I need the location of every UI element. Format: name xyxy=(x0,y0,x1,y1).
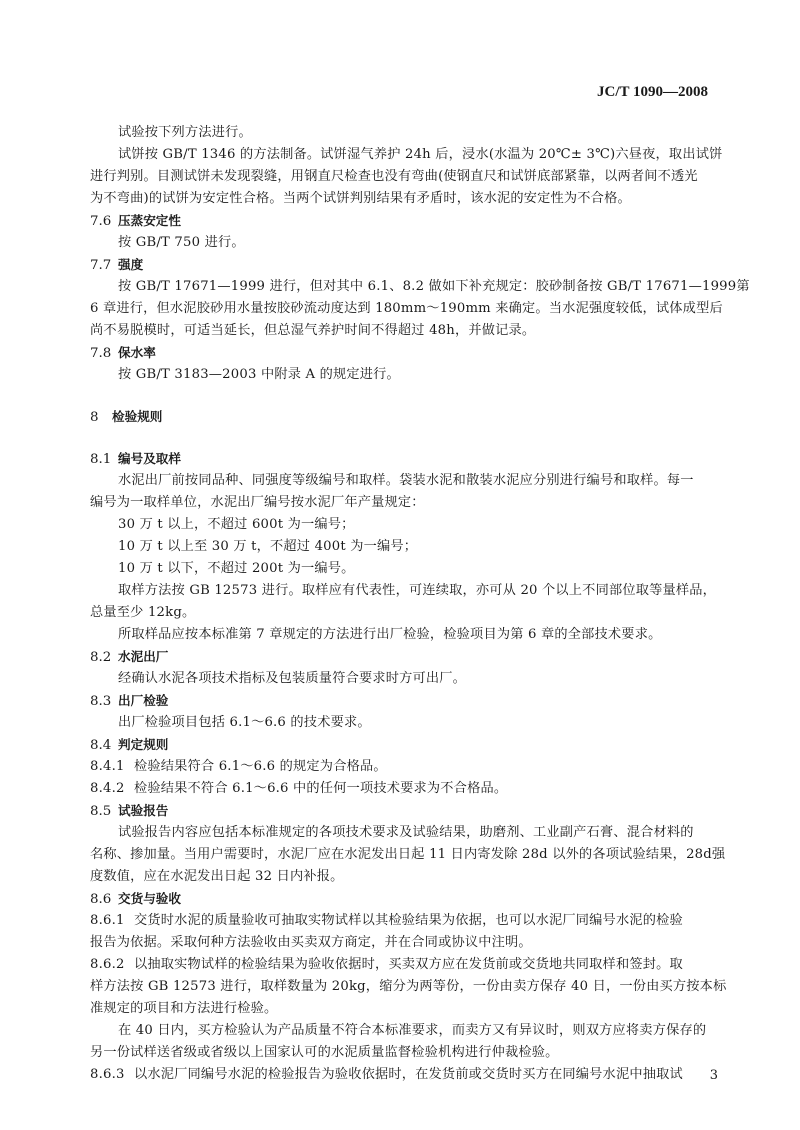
clause-8-4-2: 8.4.2检验结果不符合 6.1～6.6 中的任何一项技术要求为不合格品。 xyxy=(90,778,722,800)
paragraph: 出厂检验项目包括 6.1～6.6 的技术要求。 xyxy=(90,712,722,734)
paragraph-line: 另一份试样送省级或省级以上国家认可的水泥质量监督检验机构进行仲裁检验。 xyxy=(90,1042,722,1064)
section-8-5-heading: 8.5试验报告 xyxy=(90,800,722,822)
clause-8-6-2: 8.6.2以抽取实物试样的检验结果为验收依据时，买卖双方应在发货前或交货地共同取… xyxy=(90,954,722,976)
list-item: 10 万 t 以上至 30 万 t，不超过 400t 为一编号； xyxy=(90,536,722,558)
document-id: JC/T 1090—2008 xyxy=(597,84,708,101)
paragraph-line: 试验报告内容应包括本标准规定的各项技术要求及试验结果，助磨剂、工业副产石膏、混合… xyxy=(90,822,722,844)
section-8-2-heading: 8.2水泥出厂 xyxy=(90,646,722,668)
paragraph-line: 准规定的项目和方法进行检验。 xyxy=(90,998,722,1020)
paragraph-line: 在 40 日内，买方检验认为产品质量不符合本标准要求，而卖方又有异议时，则双方应… xyxy=(90,1020,722,1042)
paragraph-line: 水泥出厂前按同品种、同强度等级编号和取样。袋装水泥和散装水泥应分别进行编号和取样… xyxy=(90,470,722,492)
page-number: 3 xyxy=(710,1068,718,1083)
paragraph-line: 取样方法按 GB 12573 进行。取样应有代表性，可连续取，亦可从 20 个以… xyxy=(90,580,722,602)
section-8-6-heading: 8.6交货与验收 xyxy=(90,888,722,910)
paragraph-line: 试饼按 GB/T 1346 的方法制备。试饼湿气养护 24h 后，浸水(水温为 … xyxy=(90,144,722,166)
paragraph-line: 样方法按 GB 12573 进行，取样数量为 20kg，缩分为两等份，一份由卖方… xyxy=(90,976,722,998)
paragraph-line: 所取样品应按本标准第 7 章规定的方法进行出厂检验，检验项目为第 6 章的全部技… xyxy=(90,624,722,646)
paragraph-line: 编号为一取样单位，水泥出厂编号按水泥厂年产量规定： xyxy=(90,492,722,514)
paragraph-line: 按 GB/T 17671—1999 进行，但对其中 6.1、8.2 做如下补充规… xyxy=(90,276,722,298)
paragraph: 试验按下列方法进行。 xyxy=(90,122,722,144)
section-8-1-heading: 8.1编号及取样 xyxy=(90,448,722,470)
paragraph-line: 6 章进行，但水泥胶砂用水量按胶砂流动度达到 180mm～190mm 来确定。当… xyxy=(90,298,722,320)
paragraph: 按 GB/T 3183—2003 中附录 A 的规定进行。 xyxy=(90,364,722,386)
chapter-8-heading: 8检验规则 xyxy=(90,406,722,428)
paragraph: 经确认水泥各项技术指标及包装质量符合要求时方可出厂。 xyxy=(90,668,722,690)
paragraph-line: 度数值，应在水泥发出日起 32 日内补报。 xyxy=(90,866,722,888)
paragraph-line: 尚不易脱模时，可适当延长，但总湿气养护时间不得超过 48h，并做记录。 xyxy=(90,320,722,342)
section-7-6-heading: 7.6压蒸安定性 xyxy=(90,210,722,232)
clause-8-6-1: 8.6.1交货时水泥的质量验收可抽取实物试样以其检验结果为依据，也可以水泥厂同编… xyxy=(90,910,722,932)
paragraph-line: 总量至少 12kg。 xyxy=(90,602,722,624)
section-8-4-heading: 8.4判定规则 xyxy=(90,734,722,756)
section-7-8-heading: 7.8保水率 xyxy=(90,342,722,364)
section-8-3-heading: 8.3出厂检验 xyxy=(90,690,722,712)
page-body: 试验按下列方法进行。 试饼按 GB/T 1346 的方法制备。试饼湿气养护 24… xyxy=(90,122,722,1086)
list-item: 30 万 t 以上，不超过 600t 为一编号； xyxy=(90,514,722,536)
clause-8-4-1: 8.4.1检验结果符合 6.1～6.6 的规定为合格品。 xyxy=(90,756,722,778)
paragraph: 按 GB/T 750 进行。 xyxy=(90,232,722,254)
section-7-7-heading: 7.7强度 xyxy=(90,254,722,276)
list-item: 10 万 t 以下，不超过 200t 为一编号。 xyxy=(90,558,722,580)
clause-8-6-3: 8.6.3以水泥厂同编号水泥的检验报告为验收依据时，在发货前或交货时买方在同编号… xyxy=(90,1064,722,1086)
paragraph-line: 进行判别。目测试饼未发现裂缝，用钢直尺检查也没有弯曲(使钢直尺和试饼底部紧靠，以… xyxy=(90,166,722,188)
paragraph-line: 报告为依据。采取何种方法验收由买卖双方商定，并在合同或协议中注明。 xyxy=(90,932,722,954)
paragraph-line: 为不弯曲)的试饼为安定性合格。当两个试饼判别结果有矛盾时，该水泥的安定性为不合格… xyxy=(90,188,722,210)
paragraph-line: 名称、掺加量。当用户需要时，水泥厂应在水泥发出日起 11 日内寄发除 28d 以… xyxy=(90,844,722,866)
